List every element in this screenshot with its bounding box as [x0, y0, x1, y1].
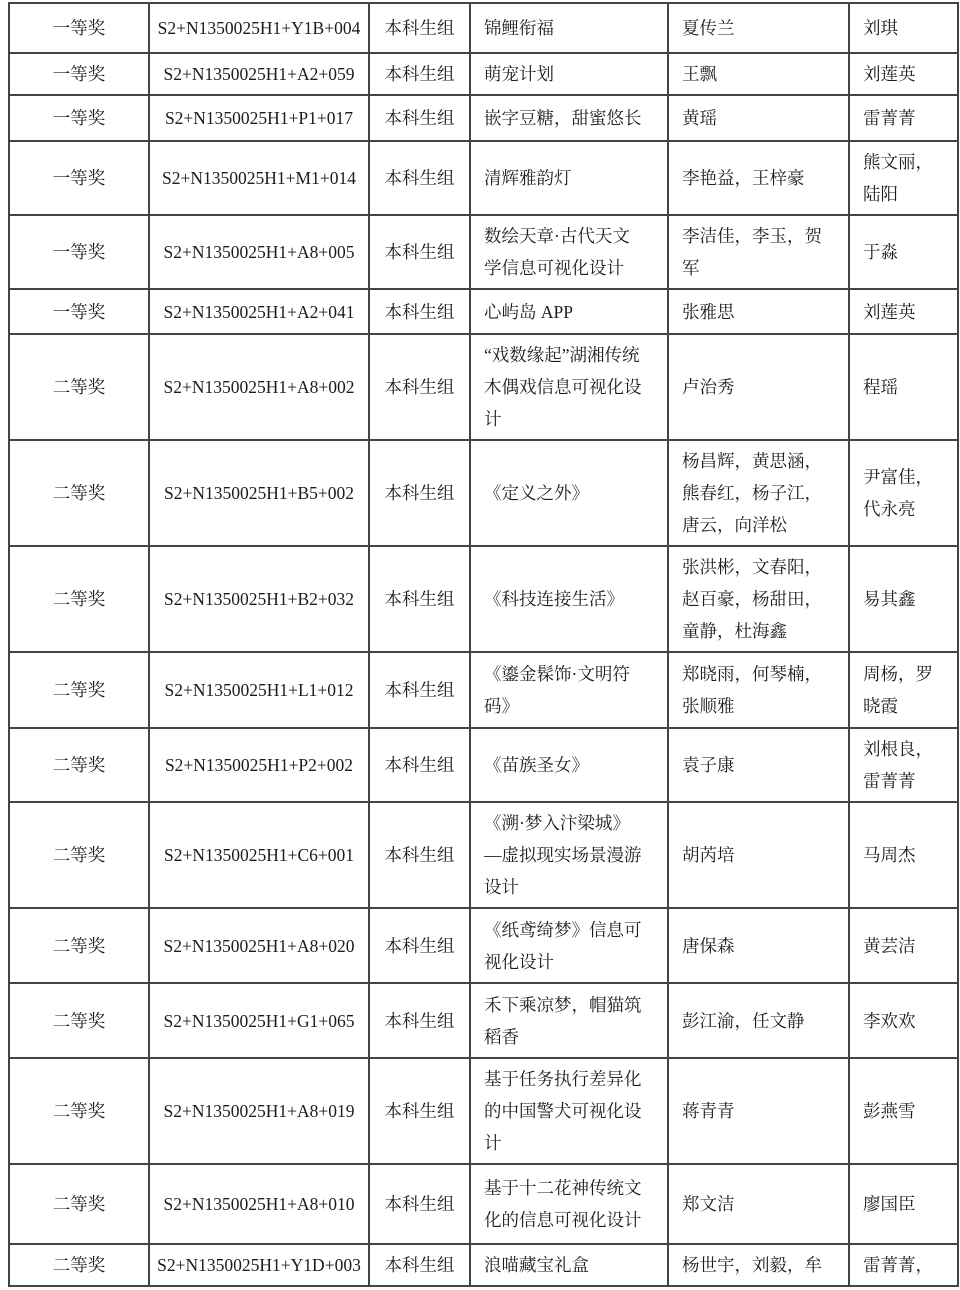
advisor-cell: 尹富佳，代永亮 [849, 440, 958, 546]
entry-code-cell: S2+N1350025H1+Y1D+003 [149, 1244, 369, 1286]
award-cell: 二等奖 [9, 802, 149, 908]
advisor-cell: 刘莲英 [849, 289, 958, 334]
title-cell: 基于十二花神传统文化的信息可视化设计 [470, 1164, 668, 1244]
group-cell: 本科生组 [369, 334, 470, 440]
table-row: 二等奖 S2+N1350025H1+B5+002 本科生组 《定义之外》 杨昌辉… [9, 440, 958, 546]
group-cell: 本科生组 [369, 1058, 470, 1164]
entry-code-cell: S2+N1350025H1+L1+012 [149, 652, 369, 728]
title-cell: 锦鲤衔福 [470, 3, 668, 53]
group-cell: 本科生组 [369, 983, 470, 1058]
title-cell: 《定义之外》 [470, 440, 668, 546]
authors-cell: 郑晓雨，何琴楠，张顺雅 [668, 652, 849, 728]
authors-cell: 卢治秀 [668, 334, 849, 440]
advisor-cell: 彭燕雪 [849, 1058, 958, 1164]
award-cell: 二等奖 [9, 1244, 149, 1286]
advisor-cell: 李欢欢 [849, 983, 958, 1058]
table-row: 一等奖 S2+N1350025H1+A2+041 本科生组 心屿岛 APP 张雅… [9, 289, 958, 334]
entry-code-cell: S2+N1350025H1+A8+019 [149, 1058, 369, 1164]
entry-code-cell: S2+N1350025H1+A2+041 [149, 289, 369, 334]
advisor-cell: 雷菁菁， [849, 1244, 958, 1286]
table-row: 一等奖 S2+N1350025H1+A8+005 本科生组 数绘天章·古代天文学… [9, 215, 958, 289]
authors-cell: 胡芮培 [668, 802, 849, 908]
authors-cell: 杨昌辉，黄思涵，熊春红，杨子江，唐云，向洋松 [668, 440, 849, 546]
title-cell: 数绘天章·古代天文学信息可视化设计 [470, 215, 668, 289]
table-row: 一等奖 S2+N1350025H1+A2+059 本科生组 萌宠计划 王飘 刘莲… [9, 53, 958, 95]
title-cell: 清辉雅韵灯 [470, 141, 668, 215]
group-cell: 本科生组 [369, 215, 470, 289]
page-canvas: 一等奖 S2+N1350025H1+Y1B+004 本科生组 锦鲤衔福 夏传兰 … [0, 0, 960, 1290]
entry-code-cell: S2+N1350025H1+C6+001 [149, 802, 369, 908]
award-cell: 一等奖 [9, 215, 149, 289]
authors-cell: 郑文洁 [668, 1164, 849, 1244]
title-cell: 《苗族圣女》 [470, 728, 668, 802]
table-row: 二等奖 S2+N1350025H1+P2+002 本科生组 《苗族圣女》 袁子康… [9, 728, 958, 802]
entry-code-cell: S2+N1350025H1+A8+002 [149, 334, 369, 440]
authors-cell: 蒋青青 [668, 1058, 849, 1164]
entry-code-cell: S2+N1350025H1+A8+005 [149, 215, 369, 289]
entry-code-cell: S2+N1350025H1+A2+059 [149, 53, 369, 95]
group-cell: 本科生组 [369, 440, 470, 546]
award-cell: 二等奖 [9, 440, 149, 546]
award-cell: 一等奖 [9, 141, 149, 215]
advisor-cell: 刘莲英 [849, 53, 958, 95]
table-row: 二等奖 S2+N1350025H1+Y1D+003 本科生组 浪喵藏宝礼盒 杨世… [9, 1244, 958, 1286]
award-cell: 一等奖 [9, 289, 149, 334]
entry-code-cell: S2+N1350025H1+B5+002 [149, 440, 369, 546]
group-cell: 本科生组 [369, 3, 470, 53]
award-cell: 二等奖 [9, 652, 149, 728]
award-cell: 一等奖 [9, 3, 149, 53]
authors-cell: 彭江渝，任文静 [668, 983, 849, 1058]
authors-cell: 杨世宇，刘毅，牟 [668, 1244, 849, 1286]
advisor-cell: 程瑶 [849, 334, 958, 440]
advisor-cell: 熊文丽，陆阳 [849, 141, 958, 215]
award-cell: 二等奖 [9, 334, 149, 440]
award-cell: 二等奖 [9, 728, 149, 802]
award-cell: 一等奖 [9, 95, 149, 141]
award-cell: 一等奖 [9, 53, 149, 95]
award-cell: 二等奖 [9, 1058, 149, 1164]
authors-cell: 李艳益，王梓豪 [668, 141, 849, 215]
authors-cell: 王飘 [668, 53, 849, 95]
group-cell: 本科生组 [369, 652, 470, 728]
title-cell: 《科技连接生活》 [470, 546, 668, 652]
entry-code-cell: S2+N1350025H1+G1+065 [149, 983, 369, 1058]
title-cell: “戏数缘起”湖湘传统木偶戏信息可视化设计 [470, 334, 668, 440]
authors-cell: 唐保森 [668, 908, 849, 983]
entry-code-cell: S2+N1350025H1+Y1B+004 [149, 3, 369, 53]
title-cell: 浪喵藏宝礼盒 [470, 1244, 668, 1286]
authors-cell: 张雅思 [668, 289, 849, 334]
award-cell: 二等奖 [9, 1164, 149, 1244]
award-cell: 二等奖 [9, 908, 149, 983]
advisor-cell: 周杨，罗晓霞 [849, 652, 958, 728]
entry-code-cell: S2+N1350025H1+P2+002 [149, 728, 369, 802]
table-row: 二等奖 S2+N1350025H1+A8+010 本科生组 基于十二花神传统文化… [9, 1164, 958, 1244]
table-row: 一等奖 S2+N1350025H1+Y1B+004 本科生组 锦鲤衔福 夏传兰 … [9, 3, 958, 53]
entry-code-cell: S2+N1350025H1+B2+032 [149, 546, 369, 652]
advisor-cell: 易其鑫 [849, 546, 958, 652]
table-row: 一等奖 S2+N1350025H1+M1+014 本科生组 清辉雅韵灯 李艳益，… [9, 141, 958, 215]
table-row: 二等奖 S2+N1350025H1+A8+002 本科生组 “戏数缘起”湖湘传统… [9, 334, 958, 440]
table-row: 二等奖 S2+N1350025H1+B2+032 本科生组 《科技连接生活》 张… [9, 546, 958, 652]
title-cell: 《溯·梦入汴梁城》—虚拟现实场景漫游设计 [470, 802, 668, 908]
table-row: 一等奖 S2+N1350025H1+P1+017 本科生组 嵌字豆糖，甜蜜悠长 … [9, 95, 958, 141]
award-cell: 二等奖 [9, 546, 149, 652]
group-cell: 本科生组 [369, 1164, 470, 1244]
title-cell: 嵌字豆糖，甜蜜悠长 [470, 95, 668, 141]
advisor-cell: 于淼 [849, 215, 958, 289]
table-row: 二等奖 S2+N1350025H1+C6+001 本科生组 《溯·梦入汴梁城》—… [9, 802, 958, 908]
authors-cell: 李洁佳，李玉，贺军 [668, 215, 849, 289]
group-cell: 本科生组 [369, 1244, 470, 1286]
entry-code-cell: S2+N1350025H1+P1+017 [149, 95, 369, 141]
table-row: 二等奖 S2+N1350025H1+A8+019 本科生组 基于任务执行差异化的… [9, 1058, 958, 1164]
advisor-cell: 雷菁菁 [849, 95, 958, 141]
advisor-cell: 马周杰 [849, 802, 958, 908]
group-cell: 本科生组 [369, 802, 470, 908]
entry-code-cell: S2+N1350025H1+A8+020 [149, 908, 369, 983]
table-row: 二等奖 S2+N1350025H1+L1+012 本科生组 《鎏金髹饰·文明符码… [9, 652, 958, 728]
group-cell: 本科生组 [369, 95, 470, 141]
group-cell: 本科生组 [369, 546, 470, 652]
advisor-cell: 刘琪 [849, 3, 958, 53]
group-cell: 本科生组 [369, 53, 470, 95]
title-cell: 禾下乘凉梦，帽猫筑稻香 [470, 983, 668, 1058]
advisor-cell: 黄芸洁 [849, 908, 958, 983]
title-cell: 《纸鸢绮梦》信息可视化设计 [470, 908, 668, 983]
group-cell: 本科生组 [369, 289, 470, 334]
group-cell: 本科生组 [369, 141, 470, 215]
title-cell: 心屿岛 APP [470, 289, 668, 334]
table-row: 二等奖 S2+N1350025H1+A8+020 本科生组 《纸鸢绮梦》信息可视… [9, 908, 958, 983]
entry-code-cell: S2+N1350025H1+A8+010 [149, 1164, 369, 1244]
title-cell: 基于任务执行差异化的中国警犬可视化设计 [470, 1058, 668, 1164]
group-cell: 本科生组 [369, 728, 470, 802]
authors-cell: 黄瑶 [668, 95, 849, 141]
title-cell: 《鎏金髹饰·文明符码》 [470, 652, 668, 728]
authors-cell: 袁子康 [668, 728, 849, 802]
table-row: 二等奖 S2+N1350025H1+G1+065 本科生组 禾下乘凉梦，帽猫筑稻… [9, 983, 958, 1058]
group-cell: 本科生组 [369, 908, 470, 983]
advisor-cell: 刘根良，雷菁菁 [849, 728, 958, 802]
award-cell: 二等奖 [9, 983, 149, 1058]
advisor-cell: 廖国臣 [849, 1164, 958, 1244]
awards-table-body: 一等奖 S2+N1350025H1+Y1B+004 本科生组 锦鲤衔福 夏传兰 … [9, 3, 958, 1286]
authors-cell: 张洪彬，文春阳，赵百豪，杨甜田，童静，杜海鑫 [668, 546, 849, 652]
awards-table: 一等奖 S2+N1350025H1+Y1B+004 本科生组 锦鲤衔福 夏传兰 … [8, 2, 959, 1287]
entry-code-cell: S2+N1350025H1+M1+014 [149, 141, 369, 215]
title-cell: 萌宠计划 [470, 53, 668, 95]
authors-cell: 夏传兰 [668, 3, 849, 53]
